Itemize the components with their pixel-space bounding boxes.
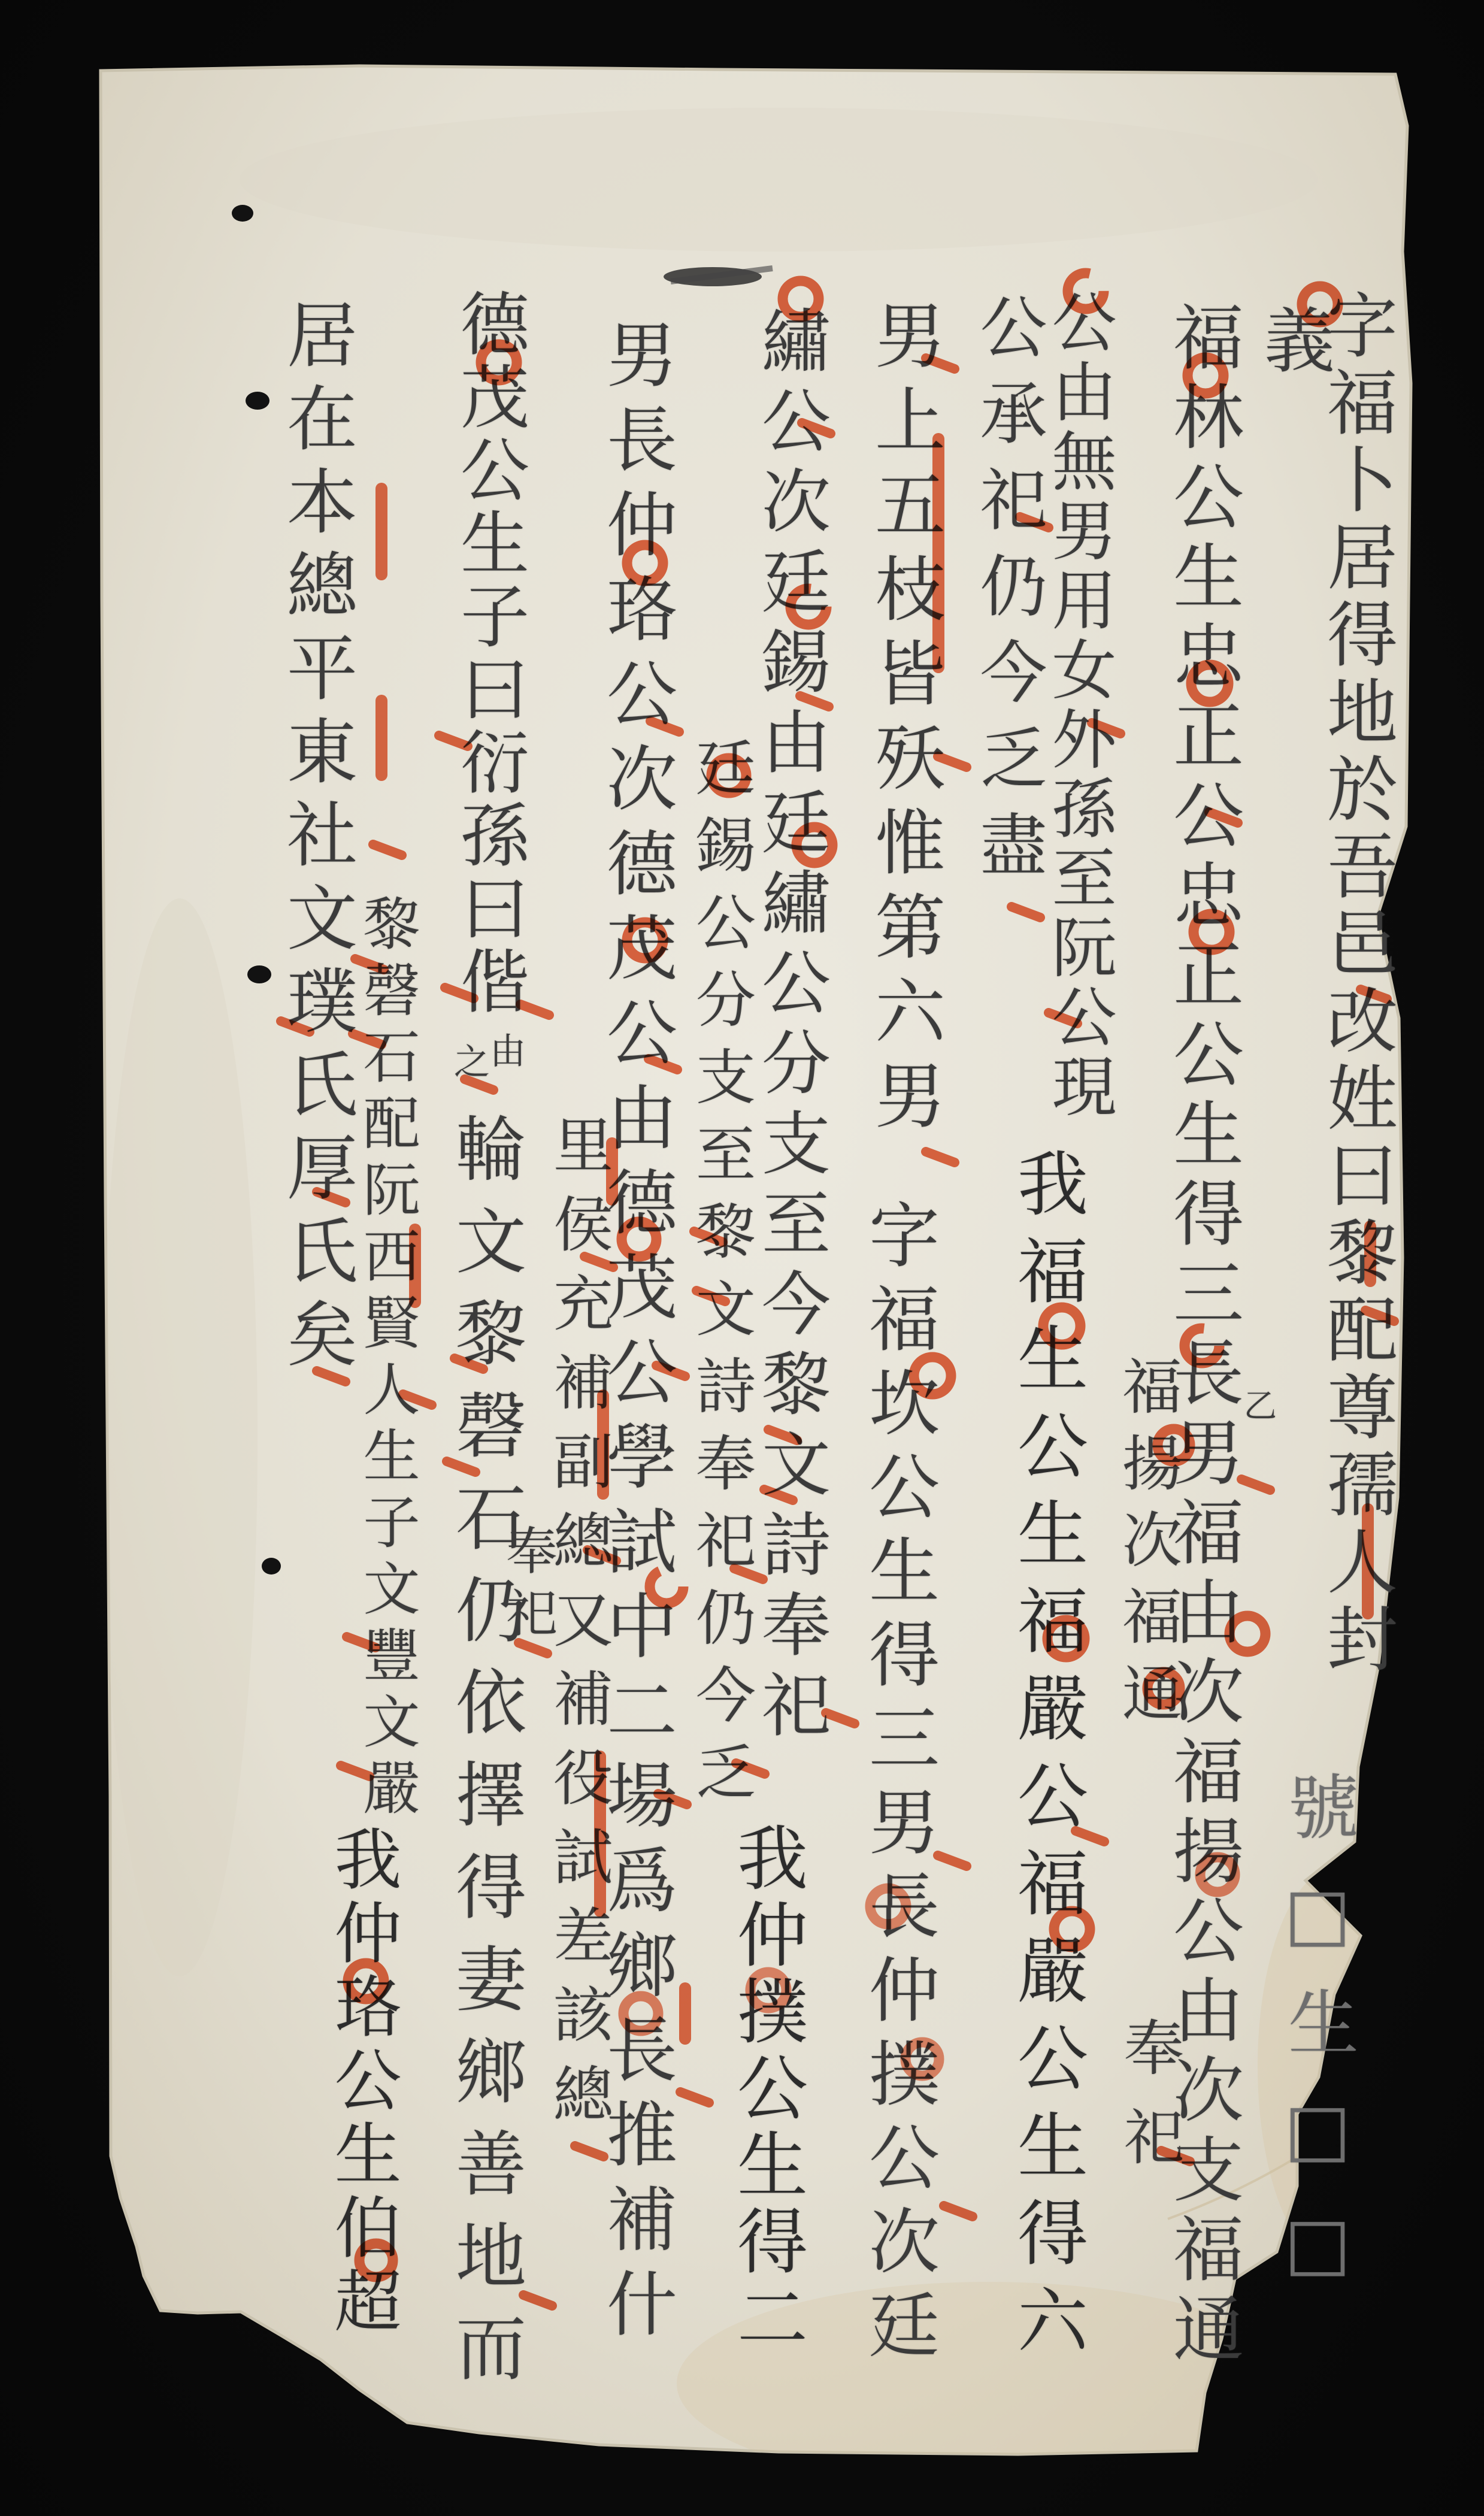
interlinear-note-column-2b: 奉祀 <box>1119 2017 1179 2195</box>
text-column-4-upper: 男上五枝皆殀惟第六男 <box>869 299 940 1143</box>
text-column-3-lower: 我福生公生福嚴公福嚴公生得六 <box>1011 1147 1082 2371</box>
text-column-8-lower: 我仲珞公生伯超 <box>329 1824 396 2340</box>
text-column-5-lower: 我仲撲公生得二 <box>731 1821 802 2358</box>
text-column-4-lower: 字福坎公生得三男長仲撲公次廷 <box>863 1198 934 2372</box>
inline-double-note: 之 由 <box>454 1031 526 1085</box>
text-column-1-damaged: 號□生□□ <box>1282 1770 1353 2315</box>
text-column-5-upper: 繡公次廷錫由廷繡公分支至今黎文詩奉祀 <box>755 305 824 1749</box>
text-column-1: 字福卜居得地於吾邑改姓曰黎配尊孺人封 <box>1321 289 1392 1679</box>
inline-note-left-char: 之 <box>454 1044 490 1080</box>
inserted-character: 義 <box>1258 304 1329 374</box>
note-column-5: 廷錫公分支至黎文詩奉祀仍今乏 <box>690 737 750 1818</box>
note-column-6: 里侯充補副總又補役試差該總 <box>548 1114 608 2142</box>
interlinear-note-column-2: 福揚次福通 <box>1117 1355 1177 1739</box>
note-column-7: 黎磬石配阮西賢人生子文豐文嚴 <box>358 894 415 1825</box>
inline-note-right-char: 由 <box>490 1034 526 1070</box>
note-column-3: 公承祀仍今乏盡 <box>974 292 1041 896</box>
text-column-3-upper: 公由無男用女外孫至阮公現 <box>1046 289 1110 1122</box>
text-column-8-upper: 居在本總平東社文璞氏厚氏矣 <box>281 298 352 1380</box>
manuscript-text: 字福卜居得地於吾邑改姓曰黎配尊孺人封 號□生□□ 義 福林公生忠正公忠正公生得三… <box>0 0 1484 2516</box>
transposition-mark: 乙 <box>1241 1388 1274 1421</box>
text-column-7-upper: 德茂公生子曰衍孫曰偕 <box>454 288 523 1019</box>
text-column-7-lower: 輪文黎磬石仍依擇得妻鄉善地而 <box>450 1112 520 2403</box>
